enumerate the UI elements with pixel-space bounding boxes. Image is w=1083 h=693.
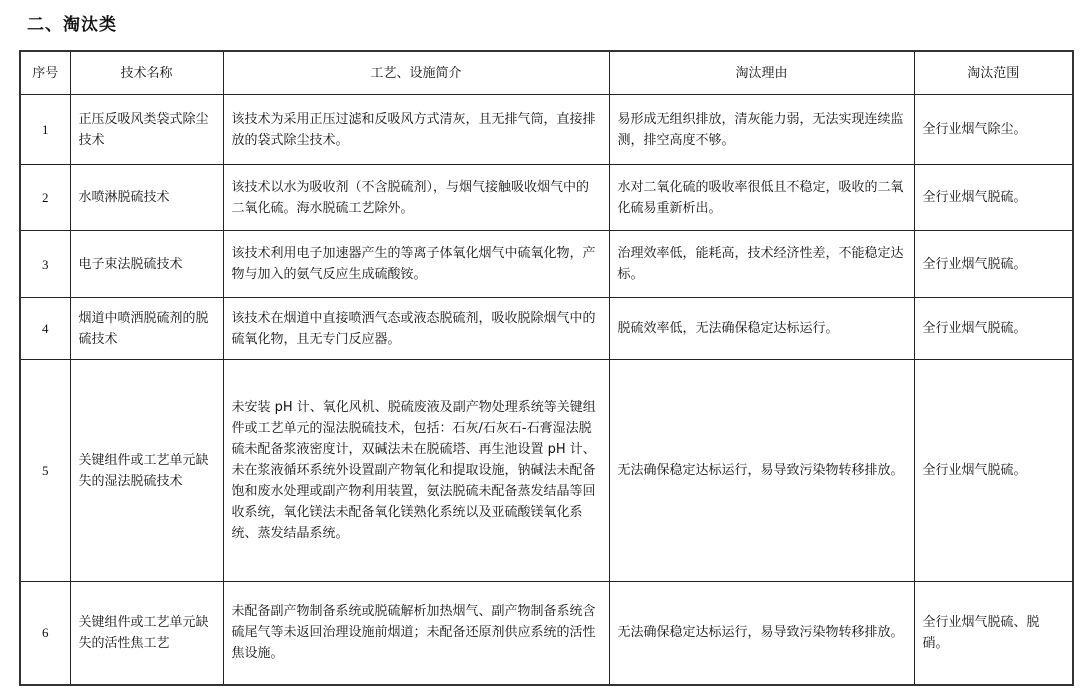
header-name: 技术名称 xyxy=(70,51,223,95)
table-row: 6 关键组件或工艺单元缺失的活性焦工艺 未配备副产物制备系统或脱硫解析加热烟气、… xyxy=(20,582,1073,685)
cell-name: 关键组件或工艺单元缺失的活性焦工艺 xyxy=(70,582,223,685)
cell-name: 正压反吸风类袋式除尘技术 xyxy=(70,95,223,165)
cell-scope: 全行业烟气除尘。 xyxy=(914,95,1073,165)
cell-reason: 治理效率低，能耗高，技术经济性差，不能稳定达标。 xyxy=(609,231,914,298)
header-description: 工艺、设施简介 xyxy=(223,51,609,95)
cell-no: 4 xyxy=(20,298,70,360)
cell-no: 1 xyxy=(20,95,70,165)
cell-reason: 水对二氧化硫的吸收率很低且不稳定，吸收的二氧化硫易重新析出。 xyxy=(609,165,914,231)
header-reason: 淘汰理由 xyxy=(609,51,914,95)
cell-scope: 全行业烟气脱硫。 xyxy=(914,298,1073,360)
table-row: 3 电子束法脱硫技术 该技术利用电子加速器产生的等离子体氧化烟气中硫氧化物，产物… xyxy=(20,231,1073,298)
cell-no: 5 xyxy=(20,360,70,582)
section-title: 二、淘汰类 xyxy=(27,10,117,35)
cell-reason: 无法确保稳定达标运行，易导致污染物转移排放。 xyxy=(609,360,914,582)
cell-reason: 易形成无组织排放，清灰能力弱，无法实现连续监测，排空高度不够。 xyxy=(609,95,914,165)
eliminated-technologies-table: 序号 技术名称 工艺、设施简介 淘汰理由 淘汰范围 1 正压反吸风类袋式除尘技术… xyxy=(19,50,1074,686)
cell-name: 烟道中喷洒脱硫剂的脱硫技术 xyxy=(70,298,223,360)
cell-no: 6 xyxy=(20,582,70,685)
table-row: 1 正压反吸风类袋式除尘技术 该技术为采用正压过滤和反吸风方式清灰，且无排气筒，… xyxy=(20,95,1073,165)
table-row: 2 水喷淋脱硫技术 该技术以水为吸收剂（不含脱硫剂），与烟气接触吸收烟气中的二氧… xyxy=(20,165,1073,231)
header-scope: 淘汰范围 xyxy=(914,51,1073,95)
cell-name: 水喷淋脱硫技术 xyxy=(70,165,223,231)
cell-reason: 无法确保稳定达标运行，易导致污染物转移排放。 xyxy=(609,582,914,685)
table-row: 4 烟道中喷洒脱硫剂的脱硫技术 该技术在烟道中直接喷洒气态或液态脱硫剂，吸收脱除… xyxy=(20,298,1073,360)
cell-name: 电子束法脱硫技术 xyxy=(70,231,223,298)
cell-scope: 全行业烟气脱硫。 xyxy=(914,231,1073,298)
cell-description: 该技术在烟道中直接喷洒气态或液态脱硫剂，吸收脱除烟气中的硫氧化物，且无专门反应器… xyxy=(223,298,609,360)
table-header-row: 序号 技术名称 工艺、设施简介 淘汰理由 淘汰范围 xyxy=(20,51,1073,95)
cell-no: 3 xyxy=(20,231,70,298)
cell-no: 2 xyxy=(20,165,70,231)
cell-description: 该技术为采用正压过滤和反吸风方式清灰，且无排气筒，直接排放的袋式除尘技术。 xyxy=(223,95,609,165)
cell-description: 未安装 pH 计、氧化风机、脱硫废液及副产物处理系统等关键组件或工艺单元的湿法脱… xyxy=(223,360,609,582)
cell-name: 关键组件或工艺单元缺失的湿法脱硫技术 xyxy=(70,360,223,582)
cell-scope: 全行业烟气脱硫。 xyxy=(914,360,1073,582)
header-no: 序号 xyxy=(20,51,70,95)
cell-description: 未配备副产物制备系统或脱硫解析加热烟气、副产物制备系统含硫尾气等未返回治理设施前… xyxy=(223,582,609,685)
cell-scope: 全行业烟气脱硫、脱硝。 xyxy=(914,582,1073,685)
table-row: 5 关键组件或工艺单元缺失的湿法脱硫技术 未安装 pH 计、氧化风机、脱硫废液及… xyxy=(20,360,1073,582)
cell-reason: 脱硫效率低，无法确保稳定达标运行。 xyxy=(609,298,914,360)
cell-scope: 全行业烟气脱硫。 xyxy=(914,165,1073,231)
cell-description: 该技术以水为吸收剂（不含脱硫剂），与烟气接触吸收烟气中的二氧化硫。海水脱硫工艺除… xyxy=(223,165,609,231)
cell-description: 该技术利用电子加速器产生的等离子体氧化烟气中硫氧化物，产物与加入的氨气反应生成硫… xyxy=(223,231,609,298)
